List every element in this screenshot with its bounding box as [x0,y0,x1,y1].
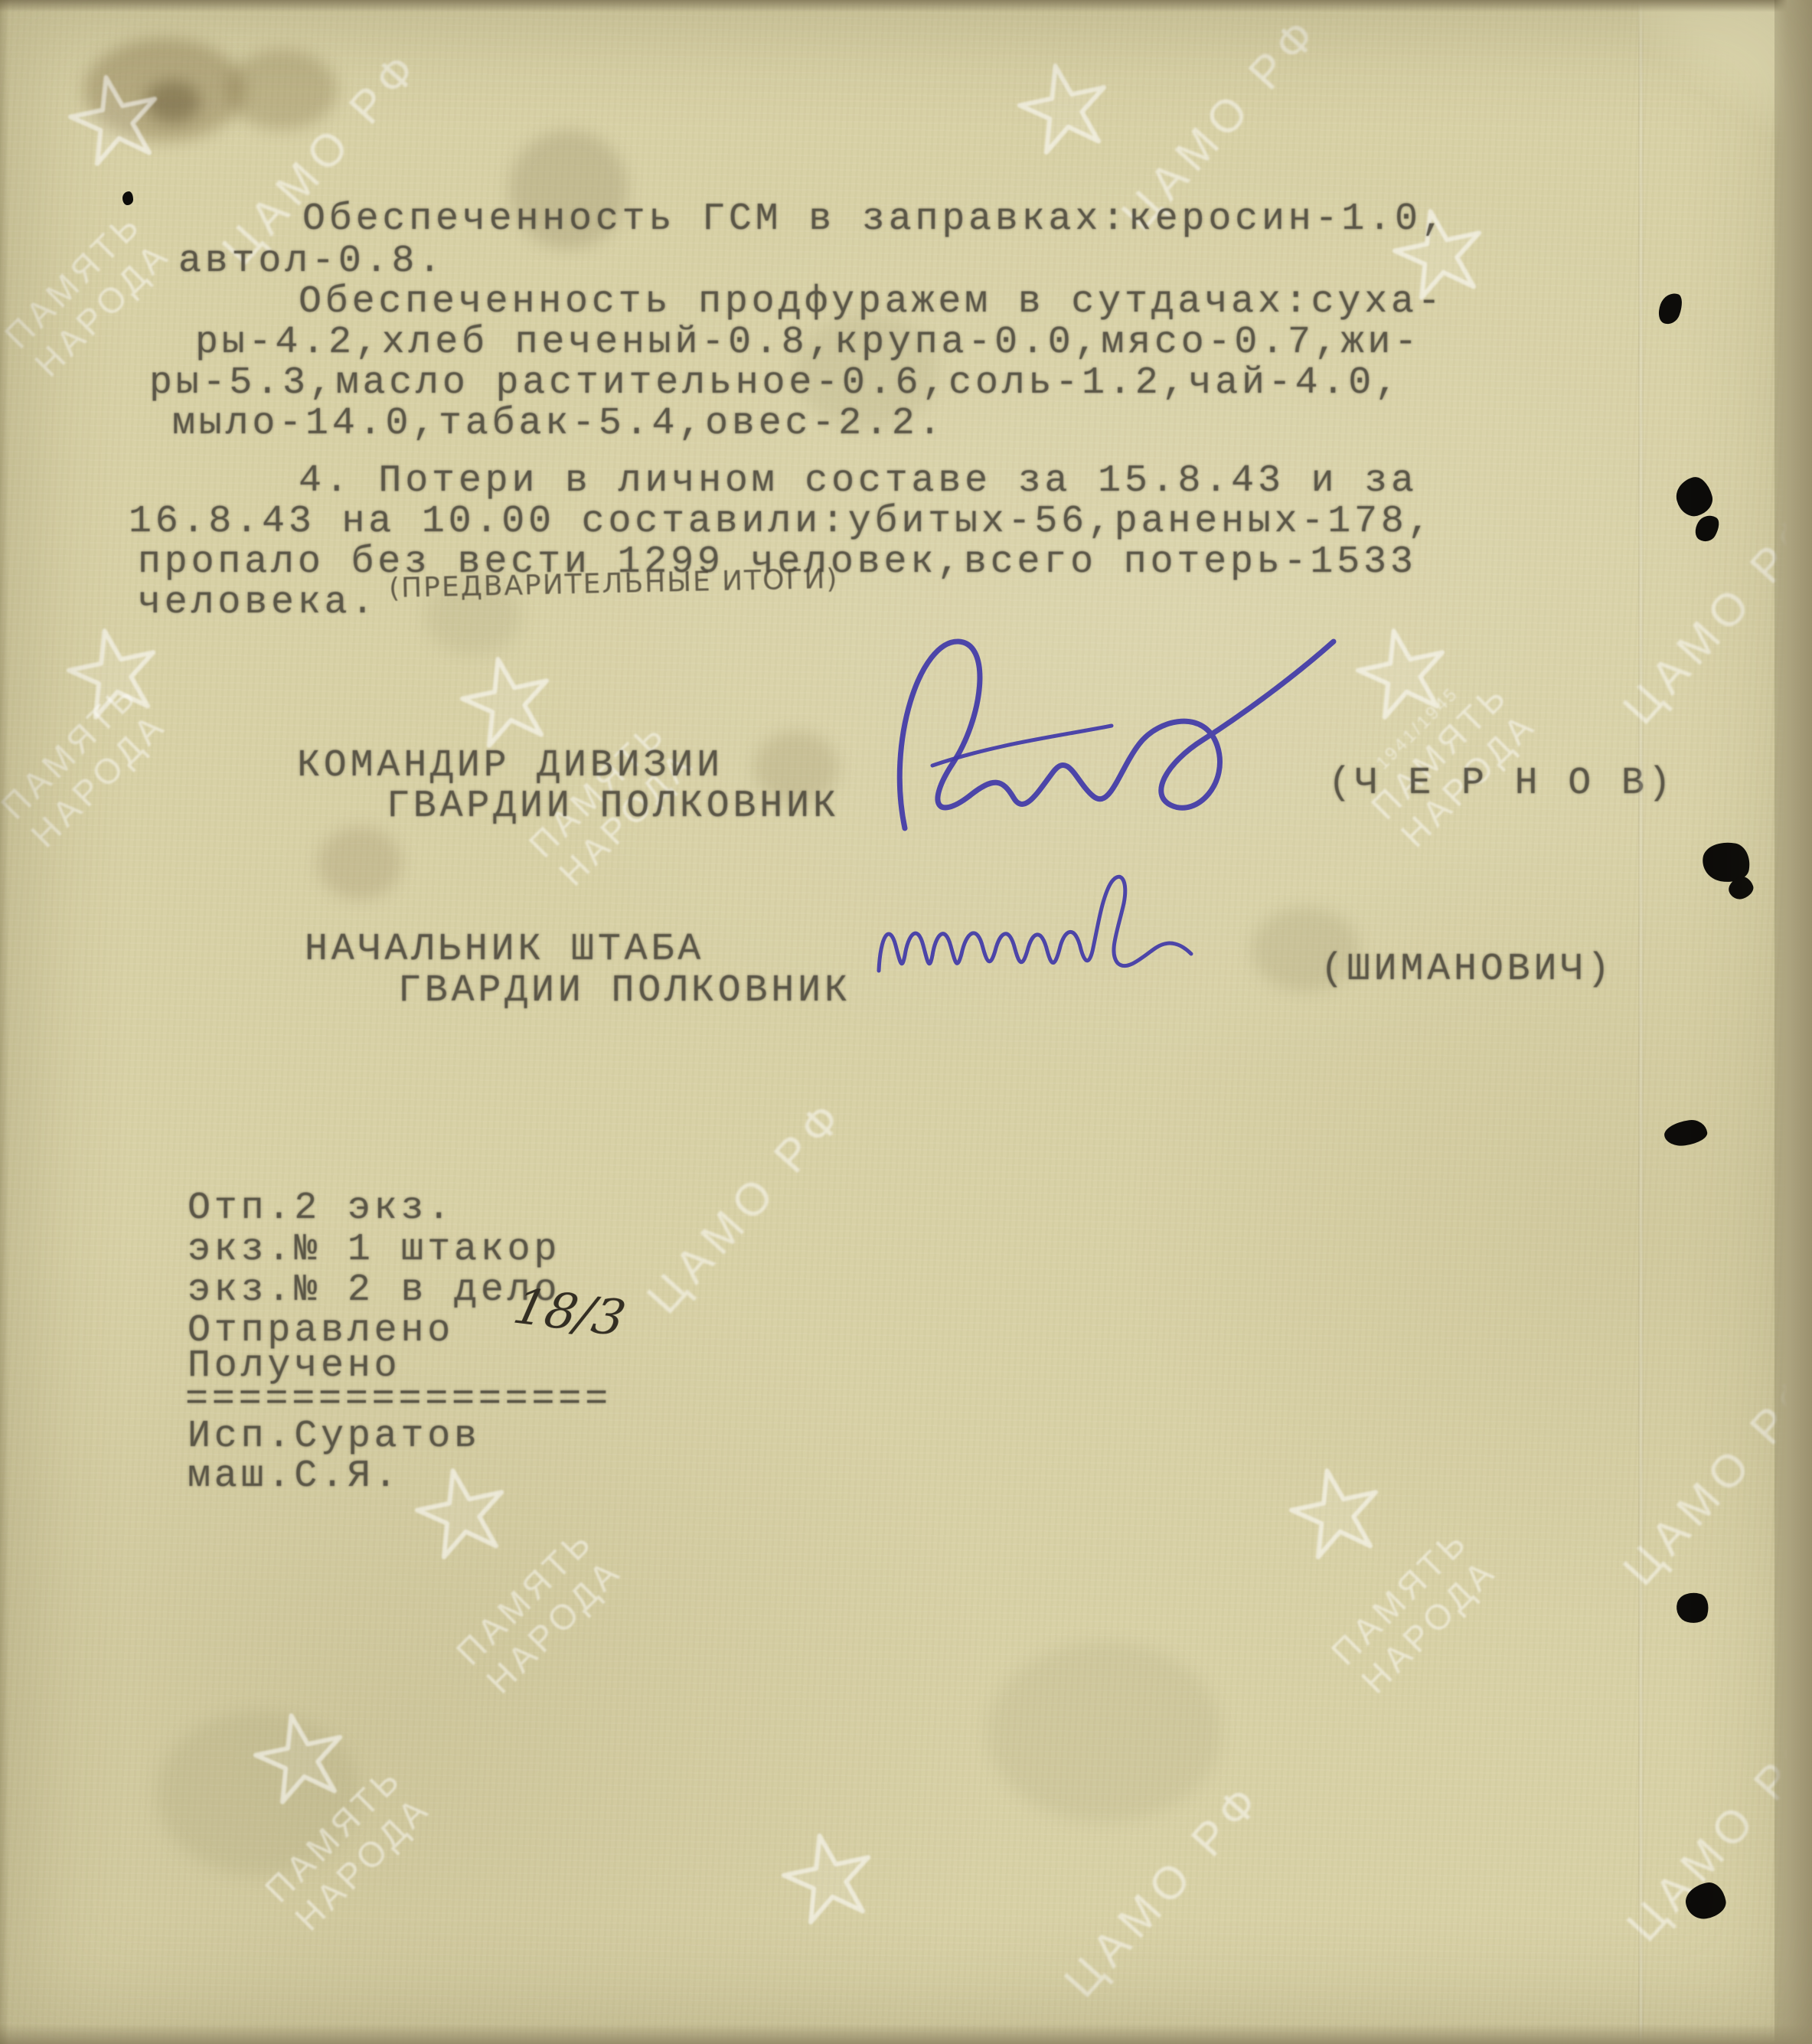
typed-line-food-1: Обеспеченность продфуражем в сутдачах:су… [299,280,1445,324]
star-icon [452,646,561,755]
signature1-name: (Ч Е Р Н О В) [1328,762,1674,805]
signature1-position-line1: КОМАНДИР ДИВИЗИИ [297,744,723,788]
watermark-camo: ЦАМО РФ [636,1088,856,1324]
signature2-ink [879,877,1191,971]
watermark-memory: ПАМЯТЬ НАРОДА [0,204,178,386]
ink-blot [1655,289,1686,327]
typed-line-losses-2: 16.8.43 на 10.00 составили:убитых-56,ран… [129,500,1434,544]
scan-edge-right [1774,0,1812,2044]
scan-edge-bottom [0,2024,1812,2044]
typed-line-food-2: ры-4.2,хлеб печеный-0.8,крупа-0.0,мясо-0… [195,321,1421,364]
fold-crease [1638,0,1644,2044]
star-icon [1281,1458,1390,1566]
signature2-name: (ШИМАНОВИЧ) [1321,948,1614,991]
document-scan-page: ЦАМО РФ ЦАМО РФ ЦАМО РФ ЦАМО РФ ЦАМО РФ … [0,0,1812,2044]
typed-line-food-4: мыло-14.0,табак-5.4,овес-2.2. [172,402,945,446]
ink-speck [122,191,133,205]
footer-executor: Исп.Суратов [188,1415,481,1458]
footer-copy2: экз.№ 2 в дело [188,1269,560,1312]
typed-line-fuel-2: автол-0.8. [178,240,445,283]
paper-stain [988,1642,1221,1822]
typed-line-losses-1: 4. Потери в личном составе за 15.8.43 и … [299,459,1418,503]
signature1-crossbar [932,726,1112,766]
handwritten-sent-date: 18/3 [508,1278,630,1347]
star-icon [774,1823,883,1931]
footer-copy1: экз.№ 1 штакор [188,1228,560,1272]
ink-blot [1673,1589,1712,1627]
scan-edge-top [0,0,1812,12]
ink-blot [1672,474,1716,520]
ink-blot [1663,1118,1709,1148]
signature2-position-line1: НАЧАЛЬНИК ШТАБА [305,928,704,971]
star-icon [407,1458,516,1566]
signature1-position-line2: ГВАРДИИ ПОЛКОВНИК [387,785,840,828]
star-icon [1010,53,1118,162]
footer-copies: Отп.2 экз. [188,1187,454,1230]
signature1-ink [899,642,1334,828]
typed-line-losses-4: человека. [138,581,377,625]
paper-stain [318,827,402,900]
star-icon [60,64,169,173]
signature2-position-line2: ГВАРДИИ ПОЛКОВНИК [398,969,851,1013]
typed-line-fuel-1: Обеспеченность ГСМ в заправках:керосин-1… [302,198,1448,241]
typed-line-food-3: ры-5.3,масло растительное-0.6,соль-1.2,ч… [149,361,1402,405]
footer-typist: маш.С.Я. [188,1455,400,1498]
star-icon [246,1703,354,1811]
scan-edge-left [0,0,9,2044]
